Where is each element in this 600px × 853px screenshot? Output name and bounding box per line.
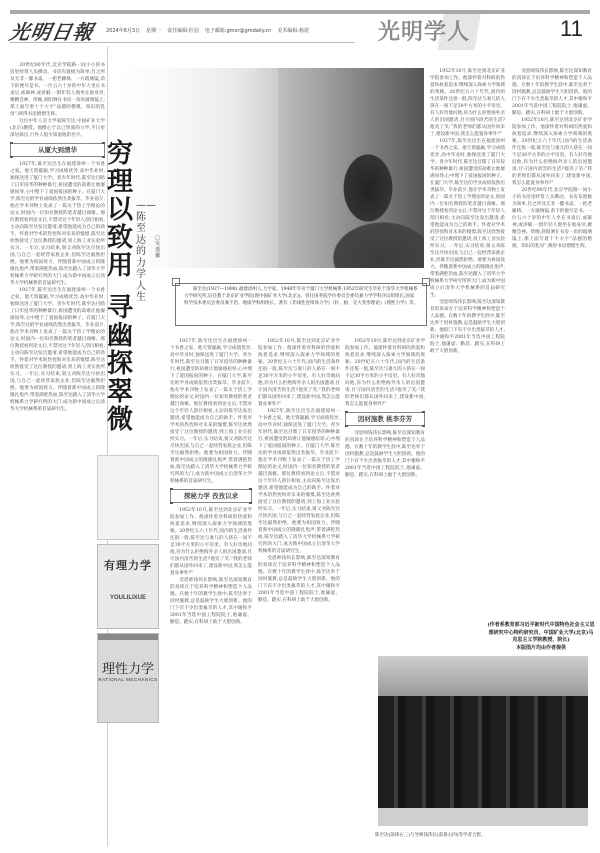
portrait-photo: [118, 68, 424, 268]
bio-box: 陈至达(1927—1998),福建漳州人,力学家。1948年毕业于厦门大学机械系…: [175, 284, 427, 326]
column-text: 受恩师钱伟长影响,陈至达深知教育的真谛在于培养科学精神和塑造个人品德。在数十年的…: [258, 555, 340, 604]
column-text: 受恩师钱伟长影响,陈至达深知教育的真谛在于培养科学精神和塑造个人品德。在数十年的…: [170, 577, 252, 626]
newspaper-logo: 光明日報: [7, 16, 96, 45]
art-editor: 美术编辑:杨震: [277, 27, 309, 34]
book-subtitle: YOULILIXUE: [110, 595, 146, 601]
top-rule: [10, 10, 590, 14]
column-text: 1927年,陈至达出生在福建漳州一个书香之家。他天资聪颖,学习成绩优异,高中毕业…: [430, 138, 505, 299]
books-photo: [97, 455, 159, 540]
column-text: 1927年,陈至达出生在福建漳州一个书香之家。他天资聪颖,学习成绩优异,高中毕业…: [170, 338, 252, 485]
article-column-2: 1927年,陈至达出生在福建漳州一个书香之家。他天资聪颖,学习成绩优异,高中毕业…: [170, 338, 252, 838]
photo-credit: 本版图片均由作者提供: [487, 645, 595, 653]
masthead-meta: 2024年6月3日 星期一 责任编辑:杜羽 电子邮箱:gmxr@gmdaily.…: [106, 27, 309, 34]
header-rule: [10, 42, 355, 43]
section-heading: 探秘力学 孜孜以求: [170, 489, 252, 503]
author-affiliation: (作者系教育部习近平新时代中国特色社会主义思想研究中心特约研究员、中国矿业大学(…: [487, 622, 595, 645]
editor-email[interactable]: 电子邮箱:gmxr@gmdaily.cn: [205, 27, 272, 34]
intro-paragraph: 20世纪80年代,北京学院路一间小小的书房里经常人头攒动。书房布置极为简单,目之…: [10, 62, 105, 118]
intro-paragraph-2: 这位中年人是力学家陈至达,中国矿业大学(北京)教授。他醉心于自己挚爱的力学,平日…: [10, 118, 105, 139]
column-text: 1952年10月,陈至达到北京矿业学院参加工作。他深怀着对科研的热爱和执着追求,…: [258, 338, 340, 408]
group-photo: [378, 656, 588, 826]
article-column-6: 受恩师钱伟长影响,陈至达深知教育的真谛在于培养科学精神和塑造个人品德。在数十年的…: [512, 68, 592, 608]
subheadline: ——陈至达的力学人生: [136, 200, 148, 304]
column-text: 受恩师钱伟长影响,陈至达深知教育的真谛在于培养科学精神和塑造个人品德。在数十年的…: [430, 299, 505, 355]
article-column-1: 20世纪80年代,北京学院路一间小小的书房里经常人头攒动。书房布置极为简单,目之…: [10, 62, 105, 842]
section-heading: 从厦大到清华: [10, 143, 105, 157]
article-column-5: 1952年10月,陈至达到北京矿业学院参加工作。他深怀着对科研的热爱和执着追求,…: [430, 68, 505, 628]
photo-caption: 陈至达(前排右三)与导师钱伟长(前排右四)等学者合影。: [375, 832, 486, 838]
book-cover-1: 有理力学 YOULILIXUE: [97, 544, 159, 629]
article-column-4: 1952年10月,陈至达到北京矿业学院参加工作。他深怀着对科研的热爱和执着追求,…: [345, 338, 425, 648]
page-number: 11: [560, 16, 583, 42]
headline-part-2: 寻幽探翠微: [107, 294, 133, 434]
column-text: 受恩师钱伟长影响,陈至达深知教育的真谛在于培养科学精神和塑造个人品德。在数十年的…: [512, 68, 592, 117]
section-title: 光明学人: [378, 15, 470, 46]
column-text: 受恩师钱伟长影响,陈至达深知教育的真谛在于培养科学精神和塑造个人品德。在数十年的…: [345, 430, 425, 479]
headline-part-1: 穷理以致用: [107, 140, 133, 280]
section-body-cont: 1927年,陈至达出生在福建漳州一个书香之家。他天资聪颖,学习成绩优异,高中毕业…: [10, 287, 105, 413]
responsible-editor: 责任编辑:杜羽: [167, 27, 199, 34]
bio-text: 陈至达(1927—1998),福建漳州人,力学家。1948年毕业于厦门大学机械系…: [184, 286, 418, 307]
column-text: 1927年,陈至达出生在福建漳州一个书香之家。他天资聪颖,学习成绩优异,高中毕业…: [258, 408, 340, 555]
section-heading: 因材施教 桃李芬芳: [345, 412, 425, 426]
book-band: [98, 634, 158, 640]
column-text: 1952年10月,陈至达到北京矿业学院参加工作。他深怀着对科研的热爱和执着追求,…: [170, 507, 252, 577]
book-title: 有理力学: [104, 557, 152, 573]
column-text: 20世纪80年代,北京学院路一间小小的书房里经常人头攒动。书房布置极为简单,目之…: [512, 187, 592, 250]
section-body: 1927年,陈至达出生在福建漳州一个书香之家。他天资聪颖,学习成绩优异,高中毕业…: [10, 161, 105, 287]
issue-weekday: 星期一: [146, 27, 161, 34]
issue-date: 2024年6月3日: [106, 27, 140, 34]
book-subtitle: RATIONAL MECHANICS: [98, 677, 157, 682]
article-column-3: 1952年10月,陈至达到北京矿业学院参加工作。他深怀着对科研的热爱和执着追求,…: [258, 338, 340, 838]
headline: 穷理以致用 寻幽探翠微: [107, 140, 133, 434]
column-text: 1952年10月,陈至达到北京矿业学院参加工作。他深怀着对科研的热爱和执着追求,…: [430, 68, 505, 138]
byline: □吴逸馨: [155, 235, 163, 259]
column-text: 1952年10月,陈至达到北京矿业学院参加工作。他深怀着对科研的热爱和执着追求,…: [512, 117, 592, 187]
masthead: 光明日報 2024年6月3日 星期一 责任编辑:杜羽 电子邮箱:gmxr@gmd…: [10, 18, 309, 42]
column-text: 1952年10月,陈至达到北京矿业学院参加工作。他深怀着对科研的热爱和执着追求,…: [345, 338, 425, 408]
book-title: 理性力学: [102, 658, 154, 677]
author-credits: (作者系教育部习近平新时代中国特色社会主义思想研究中心特约研究员、中国矿业大学(…: [487, 622, 595, 652]
book-cover-2: 理性力学 RATIONAL MECHANICS: [97, 633, 159, 723]
